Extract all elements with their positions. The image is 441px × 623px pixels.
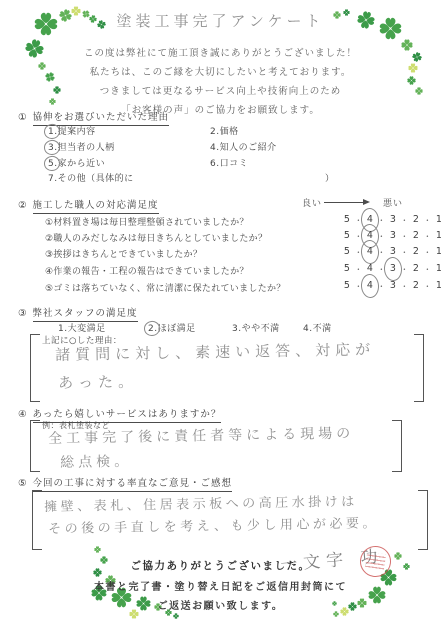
scale-bad-label: 悪い	[383, 196, 403, 209]
q5-right-bracket	[418, 490, 428, 550]
q1-option-7-mark: 7.	[48, 174, 58, 184]
q3-option-4-mark: 4.	[303, 324, 313, 334]
q3-handwritten-line: あった。	[58, 371, 138, 393]
q3-number: ③	[18, 308, 28, 319]
survey-page: 塗装工事完了アンケート この度は弊社にて施工頂き誠にありがとうございました！ 私…	[0, 0, 441, 623]
q3-option-2-mark: 2.	[148, 324, 158, 334]
q5-handwritten-line: その後の手直しを考え、も少し用心が必要。	[48, 512, 379, 537]
q1-option-6-mark: 6.	[210, 159, 220, 169]
intro-line: 私たちは、このご縁を大切にしたいと考えております。	[0, 63, 441, 82]
q5-heading: ⑤今回の工事に対する率直なご意見・ご感想	[18, 475, 232, 489]
q4-handwritten-line: 全工事完了後に責任者等による現場の	[48, 423, 354, 448]
q2-row-1: ①材料置き場は毎日整理整頓されていましたか？ 5・4・3・2・1	[45, 215, 441, 228]
q3-option-3-mark: 3.	[232, 324, 242, 334]
q4-left-bracket	[30, 420, 40, 472]
q4-handwritten-line: 総点検。	[60, 451, 132, 472]
rating-scale: 5・4・3・2・1	[341, 214, 441, 226]
q3-option-3: 3.やや不満	[232, 321, 280, 334]
page-title: 塗装工事完了アンケート	[0, 10, 441, 31]
q3-option-4: 4.不満	[303, 321, 332, 334]
q1-option-2-mark: 2.	[210, 127, 220, 137]
q2-heading: ②施工した職人の対応満足度	[18, 197, 159, 211]
intro-line: つきましては更なるサービス向上や技術向上のため	[0, 82, 441, 101]
q5-handwritten-line: 擁壁、表札、住居表示板への高圧水掛けは	[44, 491, 358, 515]
rating-scale: 5・4・3・2・1	[341, 230, 441, 242]
q5-number: ⑤	[18, 478, 28, 489]
q4-heading: ④あったら嬉しいサービスはありますか？	[18, 406, 221, 420]
q1-option-7: 7.その他（具体的に	[48, 171, 134, 184]
footer-instruction: 本書と完了書・塗り替え日記をご返信用封筒にて	[0, 578, 441, 593]
q3-heading: ③弊社スタッフの満足度	[18, 305, 138, 319]
q1-option-5: 5.家から近い	[48, 156, 105, 169]
q1-option-3-mark: 3.	[48, 143, 58, 153]
q1-option-4: 4.知人のご紹介	[210, 140, 277, 153]
q1-option-6: 6.口コミ	[210, 156, 248, 169]
q3-option-1-mark: 1.	[58, 324, 68, 334]
q1-option-5-mark: 5.	[48, 159, 58, 169]
good-to-bad-arrow	[324, 202, 368, 203]
scale-good-label: 良い	[302, 196, 322, 209]
q3-option-1: 1.大変満足	[58, 321, 106, 334]
q3-handwritten-line: 諸質問に対し、素速い返答、対応が	[55, 338, 375, 365]
q1-option-1-mark: 1.	[48, 127, 58, 137]
q1-option-1: 1.提案内容	[48, 124, 96, 137]
q3-left-bracket	[30, 334, 40, 402]
intro-line: この度は弊社にて施工頂き誠にありがとうございました！	[0, 44, 441, 63]
q3-right-bracket	[414, 334, 424, 402]
rating-scale: 5・4・3・2・1	[341, 263, 441, 275]
q3-option-2: 2.ほぼ満足	[148, 321, 196, 334]
q1-other-close-paren: ）	[325, 171, 335, 184]
q2-row-3: ③挨拶はきちんとできていましたか？ 5・4・3・2・1	[45, 247, 441, 260]
q1-option-2: 2.価格	[210, 124, 239, 137]
q2-row-5: ⑤ゴミは落ちていなく、常に清潔に保たれていましたか？ 5・4・3・2・1	[45, 281, 441, 294]
q1-option-4-mark: 4.	[210, 143, 220, 153]
q5-left-bracket	[32, 490, 42, 550]
q4-number: ④	[18, 409, 28, 420]
q2-row-2: ②職人のみだしなみは毎日きちんとしていましたか？ 5・4・3・2・1	[45, 231, 441, 244]
q4-right-bracket	[392, 420, 402, 472]
q1-option-3: 3.担当者の人柄	[48, 140, 115, 153]
q2-row-4: ④作業の報告・工程の報告はできていましたか？ 5・4・3・2・1	[45, 264, 441, 277]
footer-instruction: ご返送お願い致します。	[0, 597, 441, 612]
footer-thanks: ご協力ありがとうございました。	[0, 558, 441, 573]
q1-heading: ①協伸をお選びいただいた理由	[18, 109, 169, 123]
q1-number: ①	[18, 112, 28, 123]
q2-number: ②	[18, 200, 28, 211]
rating-scale: 5・4・3・2・1	[341, 280, 441, 292]
